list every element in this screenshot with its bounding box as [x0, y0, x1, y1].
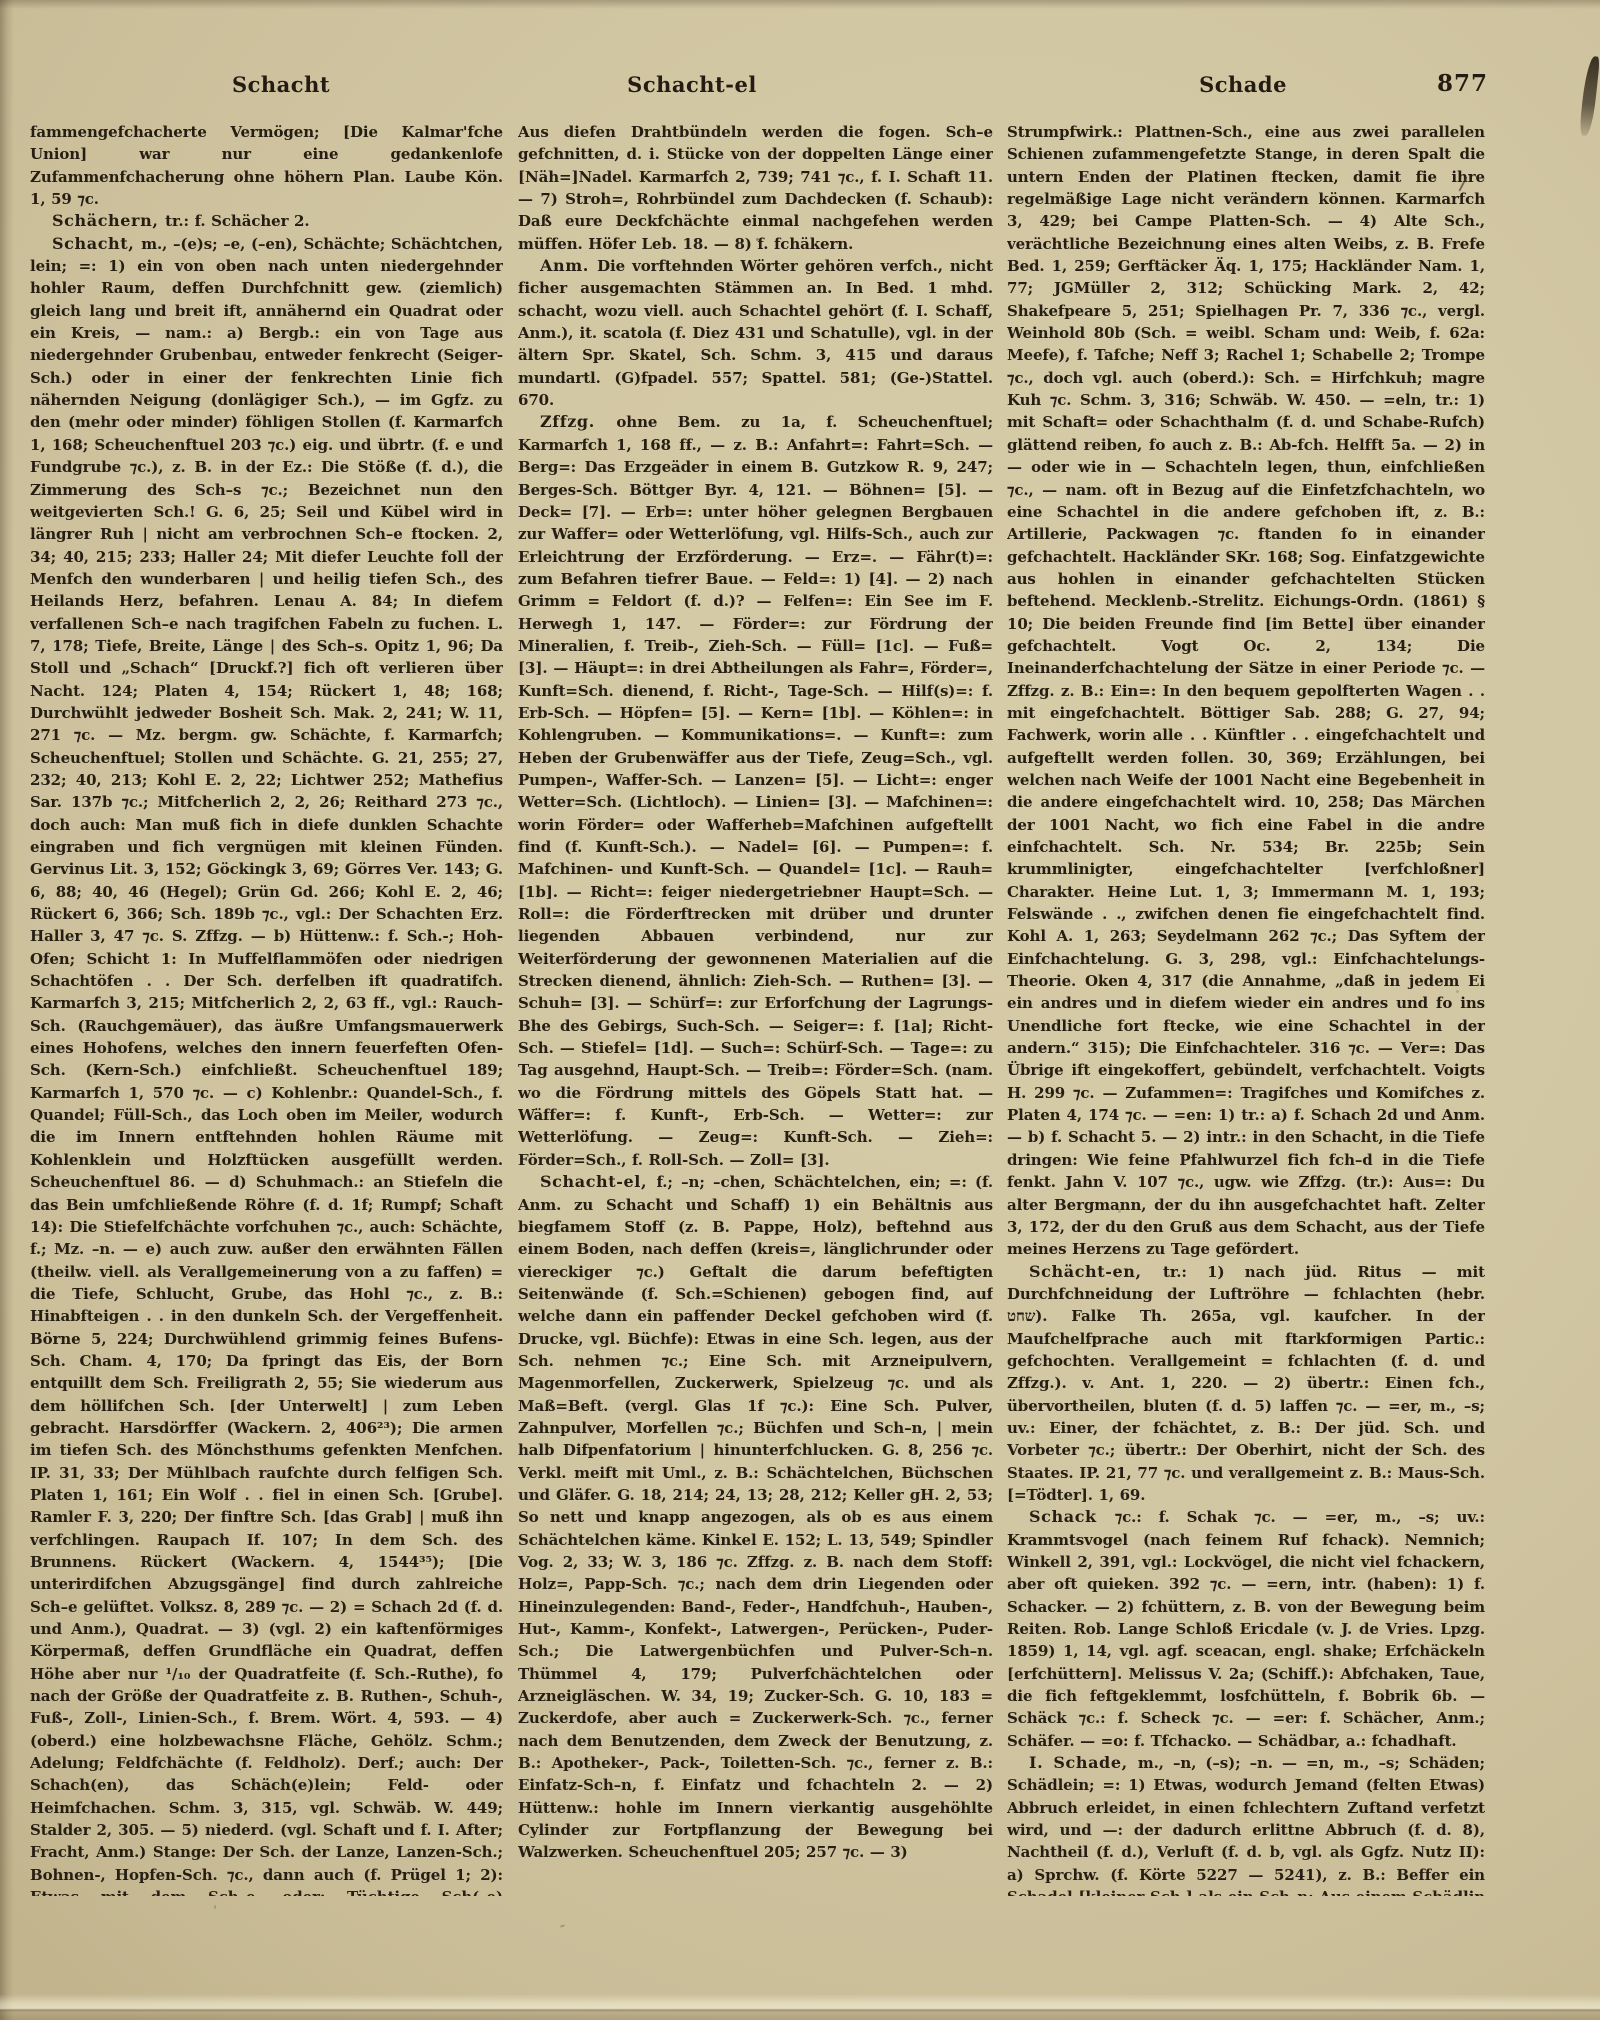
- entry-headword: Zffzg.: [540, 412, 616, 431]
- entry-paragraph: Schacht, m., –(e)s; –e, (–en), Schächte;…: [30, 233, 503, 1896]
- entry-headword: Schacht-el,: [540, 1172, 656, 1191]
- paper-speck: [1456, 990, 1459, 993]
- page-top-edge-shadow: [0, 0, 1600, 9]
- text-paragraph: Aus diefen Drahtbündeln werden die fogen…: [518, 121, 993, 255]
- page-left-edge-shadow: [0, 0, 14, 2020]
- page-bottom-edge: [0, 1994, 1600, 2020]
- page-number: 877: [1408, 70, 1488, 97]
- paper-speck: [560, 1924, 565, 1928]
- running-head-center: Schacht-el: [627, 72, 757, 97]
- paper-speck: [214, 1905, 216, 1909]
- paper-speck: [1118, 1210, 1121, 1213]
- text-column-3: Strumpfwirk.: Plattnen-Sch., eine aus zw…: [1007, 121, 1485, 1896]
- entry-paragraph: Schächt-en, tr.: 1) nach jüd. Ritus — mi…: [1007, 1261, 1485, 1507]
- entry-headword: Anm.: [540, 256, 597, 275]
- entry-paragraph: Anm. Die vorftehnden Wörter gehören verf…: [518, 255, 993, 411]
- text-paragraph: Strumpfwirk.: Plattnen-Sch., eine aus zw…: [1007, 121, 1485, 1261]
- entry-paragraph: Zffzg. ohne Bem. zu 1a, f. Scheuchenftue…: [518, 411, 993, 1171]
- entry-paragraph: Schack ⁊c.: f. Schak ⁊c. — =er, m., –s; …: [1007, 1506, 1485, 1752]
- text-paragraph: fammengefchacherte Vermögen; [Die Kalmar…: [30, 121, 503, 210]
- running-head-left: Schacht: [232, 72, 330, 97]
- entry-headword: I. Schade,: [1029, 1753, 1138, 1772]
- entry-paragraph: Schacht-el, f.; –n; –chen, Schächtelchen…: [518, 1171, 993, 1864]
- entry-headword: Schacht,: [52, 234, 141, 253]
- text-column-2: Aus diefen Drahtbündeln werden die fogen…: [518, 121, 993, 1896]
- running-head-right: Schade: [1199, 72, 1287, 97]
- page-background: Schacht Schacht-el Schade 877 fammengefc…: [0, 0, 1600, 2020]
- scanned-dictionary-page: { "page": { "number": "877", "running_he…: [0, 0, 1600, 2020]
- entry-headword: Schächt-en,: [1029, 1262, 1163, 1281]
- entry-paragraph: I. Schade, m., –n, (–s); –n. — =n, m., –…: [1007, 1752, 1485, 1896]
- entry-paragraph: Schächern, tr.: f. Schächer 2.: [30, 210, 503, 232]
- ink-smudge: [1579, 56, 1600, 137]
- text-column-1: fammengefchacherte Vermögen; [Die Kalmar…: [30, 121, 503, 1896]
- entry-headword: Schack: [1029, 1507, 1115, 1526]
- paper-speck: [756, 238, 759, 241]
- entry-headword: Schächern,: [52, 211, 165, 230]
